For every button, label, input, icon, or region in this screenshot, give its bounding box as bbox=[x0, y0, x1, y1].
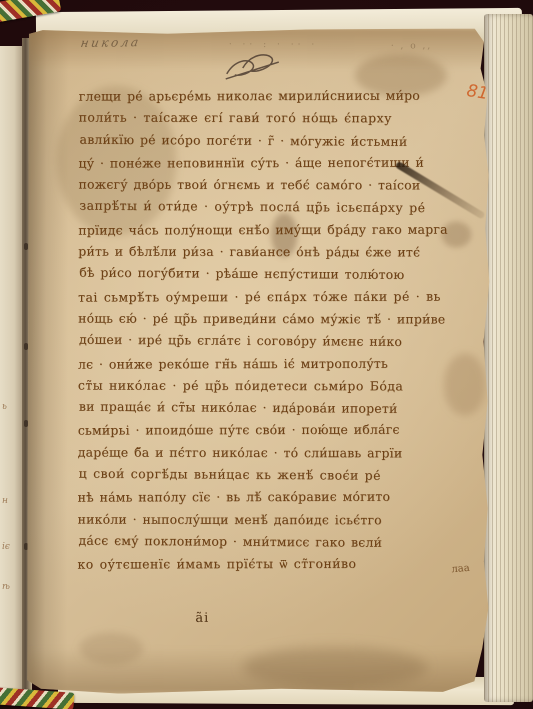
facing-text-fragment: іє bbox=[2, 542, 10, 552]
text-line: ри́ть и бѣлѣ́ли ри́за · гави́ансе о́нѣ р… bbox=[78, 241, 482, 264]
binding-stitch bbox=[24, 420, 28, 427]
text-line: даре́ще б̃а и пє́тго нико́лає · то́ сли́… bbox=[78, 441, 482, 464]
manuscript-text-block: глещи ре́ арьєре́мь николає мирили́сниис… bbox=[77, 85, 482, 577]
text-line: нико́ли · ныпослу́шци менѣ́ дапо́идє ісь… bbox=[78, 508, 482, 531]
quire-signature: а̃і bbox=[195, 611, 209, 626]
text-line: нѣ на́мь напо́лу сїє · вь лѣ́ сако́равиє… bbox=[78, 486, 482, 509]
stain-blotch bbox=[79, 633, 143, 665]
binding-stitch bbox=[24, 543, 28, 550]
text-line: да́сє єму́ поклони́мор · мни́тмисє гако … bbox=[78, 530, 482, 555]
header-faint-marks: · ·· : · ·· · bbox=[229, 40, 318, 50]
ink-scribble bbox=[221, 50, 285, 84]
text-line: ко оу́тєшенїє и́мамь прїє́ты ѿ ст̃гони́в… bbox=[77, 553, 481, 576]
stain-blotch bbox=[242, 646, 427, 688]
text-line: ц свои́ соргѣ́ды вьни́цає кь женѣ́ своє́… bbox=[79, 463, 483, 488]
text-line: сьми́рьі · ипоидо́ше пу́тє сво́и · пою́щ… bbox=[78, 419, 482, 442]
catchword: лаа bbox=[451, 563, 470, 576]
binding-stitch bbox=[24, 243, 28, 250]
fore-edge-pages bbox=[484, 14, 533, 702]
facing-text-fragment: н bbox=[2, 496, 8, 506]
text-line: ст̃ы нико́лає · ре́ цр̃ь по́идетеси сьми… bbox=[78, 374, 482, 397]
text-line: авли́кїю ре́ исо́ро погє́ти · г̃ · мо́гу… bbox=[80, 128, 484, 153]
text-line: таі сьмрѣ́ть оу́мреши · ре́ єпа́рх то́же… bbox=[78, 285, 482, 308]
parchment-leaf: никола · ·· : · ·· · · , о ,, 81 глещи р… bbox=[27, 27, 491, 694]
header-gloss: никола bbox=[80, 35, 142, 50]
text-line: поли́ть · таі́саже єгі́ гави́ того́ но́щ… bbox=[79, 107, 483, 130]
text-line: цу́ · поне́же неповиннїи су́ть · а́ще не… bbox=[78, 151, 482, 174]
binding-stitch bbox=[24, 343, 28, 350]
facing-text-fragment: ь bbox=[2, 402, 7, 412]
text-line: глещи ре́ арьєре́мь николає мирили́сниис… bbox=[79, 85, 483, 108]
manuscript-photo: ь н іє ѣ никола · ·· : · ·· · · , о ,, 8… bbox=[0, 0, 533, 709]
facing-text-fragment: ѣ bbox=[2, 582, 10, 592]
text-line: ви праща́є и́ ст̃ы нико́лає · ида́рова́и… bbox=[79, 396, 483, 421]
text-line: бѣ ри́со погу́бити · рѣа́ше нєпу́стиши т… bbox=[79, 262, 483, 287]
text-line: запрѣ́ты и́ оти́де · оу́трѣ посла́ цр̃ь … bbox=[79, 195, 483, 220]
text-line: до́шеи · ире́ цр̃ь єгла́тє і согово́ру и… bbox=[79, 329, 483, 354]
text-line: прїидє ча́сь полу́нощи єнѣ́о иму́щи бра́… bbox=[78, 218, 482, 241]
text-line: но́щь єю́ · ре́ цр̃ь приведи́ни са́мо му… bbox=[78, 307, 482, 330]
header-faint-marks-right: · , о ,, bbox=[391, 41, 432, 51]
text-line: лє · они́же реко́ше гн̃ь на́шь іє́ митро… bbox=[78, 352, 482, 375]
